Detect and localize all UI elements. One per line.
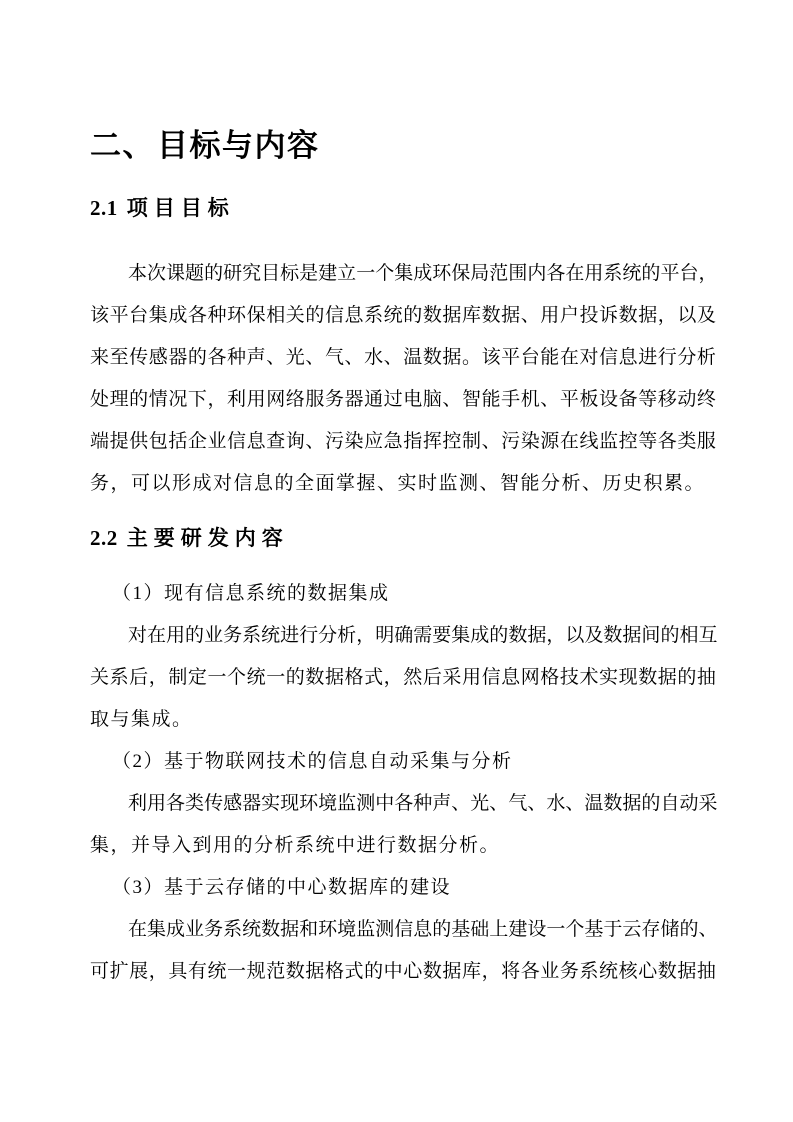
list-item-3-header: （3）基于云存储的中心数据库的建设 xyxy=(90,867,716,909)
text-line: 可扩展，具有统一规范数据格式的中心数据库，将各业务系统核心数据抽 xyxy=(90,951,716,993)
text-line: 端提供包括企业信息查询、污染应急指挥控制、污染源在线监控等各类服 xyxy=(90,421,716,463)
text-line: 集，并导入到用的分析系统中进行数据分析。 xyxy=(90,825,716,867)
section-2-1-number: 2.1 xyxy=(90,196,118,220)
section-heading-2-2: 2.2主要研发内容 xyxy=(90,523,716,553)
text-line: 在集成业务系统数据和环境监测信息的基础上建设一个基于云存储的、 xyxy=(90,909,716,951)
section-2-2-title: 主要研发内容 xyxy=(127,526,289,550)
text-line: 对在用的业务系统进行分析，明确需要集成的数据，以及数据间的相互 xyxy=(90,615,716,657)
list-item-2-header: （2）基于物联网技术的信息自动采集与分析 xyxy=(90,741,716,783)
page-content: 二、目标与内容 2.1项目目标 本次课题的研究目标是建立一个集成环保局范围内各在… xyxy=(90,0,716,993)
text-line: 取与集成。 xyxy=(90,699,716,741)
list-item-1-header: （1）现有信息系统的数据集成 xyxy=(90,573,716,615)
text-line: 利用各类传感器实现环境监测中各种声、光、气、水、温数据的自动采 xyxy=(90,783,716,825)
chapter-number: 二、 xyxy=(90,128,155,163)
document-page: 二、目标与内容 2.1项目目标 本次课题的研究目标是建立一个集成环保局范围内各在… xyxy=(0,0,793,1122)
section-2-2-number: 2.2 xyxy=(90,526,118,550)
rd-content-list: （1）现有信息系统的数据集成 对在用的业务系统进行分析，明确需要集成的数据，以及… xyxy=(90,573,716,993)
section-heading-2-1: 2.1项目目标 xyxy=(90,193,716,223)
text-line: 处理的情况下，利用网络服务器通过电脑、智能手机、平板设备等移动终 xyxy=(90,379,716,421)
chapter-title-text: 目标与内容 xyxy=(157,128,320,163)
text-line: 本次课题的研究目标是建立一个集成环保局范围内各在用系统的平台， xyxy=(90,253,716,295)
text-line: 关系后，制定一个统一的数据格式，然后采用信息网格技术实现数据的抽 xyxy=(90,657,716,699)
section-2-1-title: 项目目标 xyxy=(127,196,235,220)
paragraph-project-goal: 本次课题的研究目标是建立一个集成环保局范围内各在用系统的平台， 该平台集成各种环… xyxy=(90,253,716,505)
text-line: 该平台集成各种环保相关的信息系统的数据库数据、用户投诉数据，以及 xyxy=(90,295,716,337)
chapter-title: 二、目标与内容 xyxy=(90,124,716,168)
text-line: 务，可以形成对信息的全面掌握、实时监测、智能分析、历史积累。 xyxy=(90,463,716,505)
text-line: 来至传感器的各种声、光、气、水、温数据。该平台能在对信息进行分析 xyxy=(90,337,716,379)
